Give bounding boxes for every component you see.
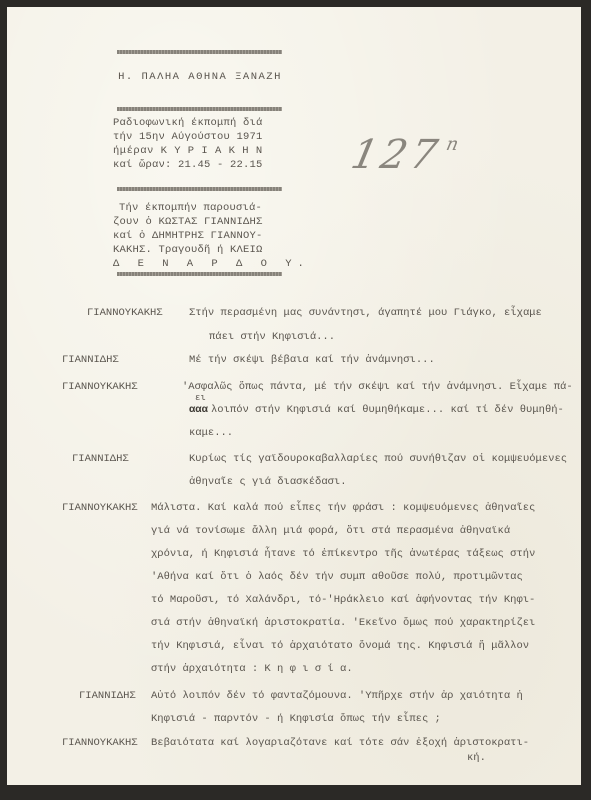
- header-rule-top: [117, 50, 282, 54]
- dialogue-line: πάει στήν Κηφισιά...: [209, 331, 335, 343]
- dialogue-line: Κυρίως τίς γαϊδουροκαβαλλαρίες πού συνήθ…: [189, 453, 567, 465]
- broadcast-line-2: τήν 15ην Αύγούστου 1971: [113, 130, 293, 144]
- speaker-label: ΓΙΑΝΝΙΔΗΣ: [62, 354, 119, 366]
- presenters-info: Τήν έκπομπήν παρουσιά- ζουν ὁ ΚΩΣΤΑΣ ΓΙΑ…: [113, 201, 293, 271]
- dialogue-line: Στήν περασμένη μας συνάντησι, άγαπητέ μο…: [189, 307, 542, 319]
- handwritten-number: 127: [347, 132, 445, 178]
- speaker-label: ΓΙΑΝΝΙΔΗΣ: [72, 453, 129, 465]
- header-rule-bottom: [117, 272, 282, 276]
- dialogue-line: λοιπόν στήν Κηφισιά καί θυμηθήκαμε... κα…: [211, 404, 564, 416]
- speaker-label: ΓΙΑΝΝΟΥΚΑΚΗΣ: [87, 307, 163, 319]
- presenter-line-4: ΚΑΚΗΣ. Τραγουδῆ ή ΚΛΕΙΩ: [113, 243, 293, 257]
- speaker-label: ΓΙΑΝΝΟΥΚΑΚΗΣ: [62, 737, 138, 749]
- dialogue-line: ἀθηναῖε ς γιά διασκέδασι.: [189, 476, 347, 488]
- program-title-text: Η. ΠΑΛΗΑ ΑΘΗΝΑ ΞΑΝΑΖΗ: [118, 71, 282, 83]
- dialogue-line: Μέ τήν σκέψι βέβαια καί τήν ἀνάμνησι...: [189, 354, 435, 366]
- speaker-label: ΓΙΑΝΝΟΥΚΑΚΗΣ: [62, 502, 138, 514]
- presenter-line-5: Δ Ε Ν Α Ρ Δ Ο Υ.: [113, 257, 293, 271]
- dialogue-line: χρόνια, ή Κηφισιά ἦτανε τό ἐπίκεντρο τῆς…: [151, 548, 535, 560]
- dialogue-line: 'Αθήνα καί ὅτι ὁ λαός δέν τήν συμπ αθοῦσ…: [151, 571, 523, 583]
- dialogue-line: σιά στήν ἀθηναϊκή ἀριστοκρατία. 'Εκεῖνο …: [151, 617, 535, 629]
- broadcast-line-4: καί ὥραν: 21.45 - 22.15: [113, 158, 293, 172]
- struck-out-text: ααα: [189, 404, 208, 416]
- dialogue-line: Μάλιστα. Καί καλά πού εἶπες τήν φράσι : …: [151, 502, 535, 514]
- speaker-label: ΓΙΑΝΝΙΔΗΣ: [79, 690, 136, 702]
- presenter-line-1: Τήν έκπομπήν παρουσιά-: [113, 201, 293, 215]
- dialogue-line: 'Ασφαλῶς ὅπως πάντα, μέ τήν σκέψι καί τή…: [182, 381, 573, 393]
- presenter-line-2: ζουν ὁ ΚΩΣΤΑΣ ΓΙΑΝΝΙΔΗΣ: [113, 215, 293, 229]
- dialogue-line: Βεβαιότατα καί λογαριαζότανε καί τότε σά…: [151, 737, 529, 749]
- dialogue-line: τό Μαροῦσι, τό Χαλάνδρι, τό-'Ηράκλειο κα…: [151, 594, 535, 606]
- dialogue-line: τήν Κηφισιά, εἶναι τό ἀρχαιότατο ὄνομά τ…: [151, 640, 529, 652]
- broadcast-line-3: ήμέραν Κ Υ Ρ Ι Α Κ Η Ν: [113, 144, 293, 158]
- speaker-label: ΓΙΑΝΝΟΥΚΑΚΗΣ: [62, 381, 138, 393]
- dialogue-line: καμε...: [189, 427, 233, 439]
- header-rule-2: [117, 107, 282, 111]
- handwritten-suffix: n: [444, 134, 460, 155]
- dialogue-line: κή.: [467, 752, 486, 764]
- broadcast-line-1: Ραδιοφωνική έκπομπή διά: [113, 116, 293, 130]
- program-title: Η. ΠΑΛΗΑ ΑΘΗΝΑ ΞΑΝΑΖΗ: [110, 71, 290, 83]
- handwritten-page-number: 127n: [347, 132, 461, 178]
- handwritten-insertion: ει: [195, 393, 206, 403]
- presenter-line-3: καί ὁ ΔΗΜΗΤΡΗΣ ΓΙΑΝΝΟΥ-: [113, 229, 293, 243]
- typewritten-page: Η. ΠΑΛΗΑ ΑΘΗΝΑ ΞΑΝΑΖΗ Ραδιοφωνική έκπομπ…: [7, 7, 581, 785]
- dialogue-line: στήν ἀρχαιότητα : Κ η φ ι σ ί α.: [151, 663, 353, 675]
- dialogue-line: Αὐτό λοιπόν δέν τό φανταζόμουνα. 'Υπῆρχε…: [151, 690, 523, 702]
- broadcast-info: Ραδιοφωνική έκπομπή διά τήν 15ην Αύγούστ…: [113, 116, 293, 172]
- dialogue-line: Κηφισιά - παρντόν - ή Κηφισία ὅπως τήν ε…: [151, 713, 441, 725]
- dialogue-line: γιά νά τονίσωμε ἄλλη μιά φορά, ὅτι στά π…: [151, 525, 510, 537]
- header-rule-3: [117, 187, 282, 191]
